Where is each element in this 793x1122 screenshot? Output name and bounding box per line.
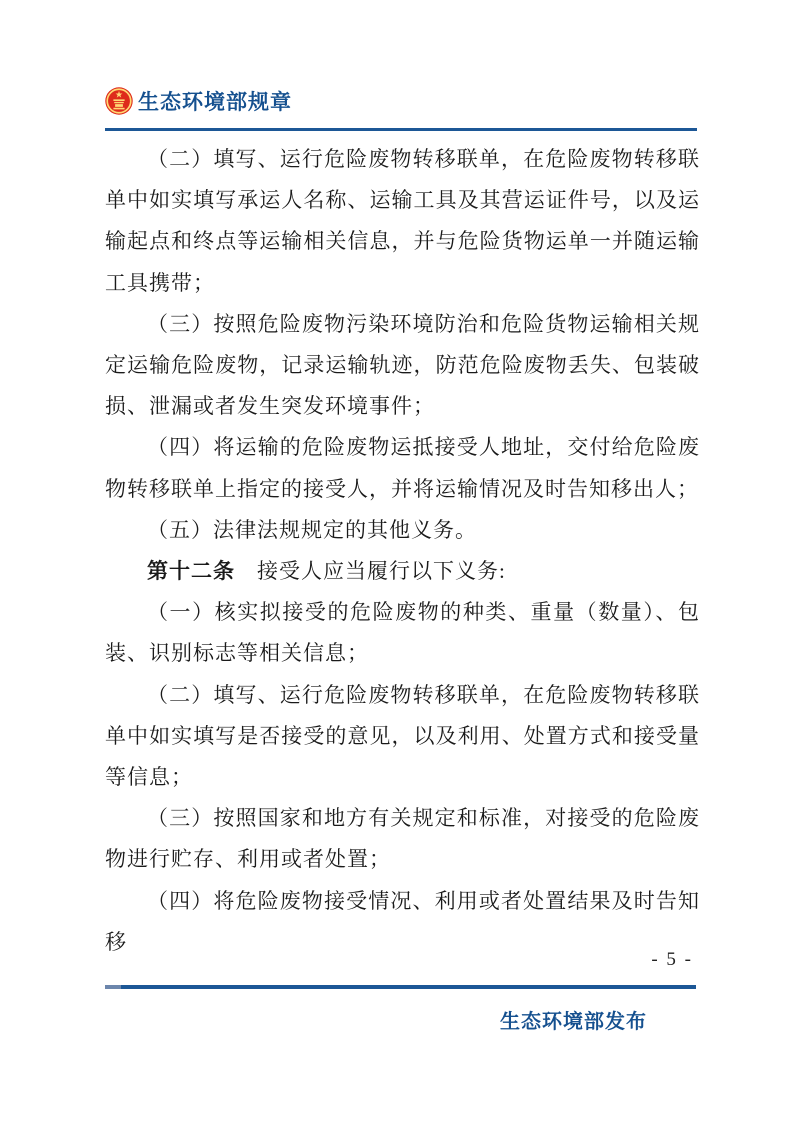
paragraph: （二）填写、运行危险废物转移联单，在危险废物转移联单中如实填写是否接受的意见，以… (105, 675, 700, 799)
paragraph-text: （二）填写、运行危险废物转移联单，在危险废物转移联单中如实填写承运人名称、运输工… (105, 147, 700, 295)
article-number-bold: 第十二条 (147, 560, 235, 583)
national-emblem-icon (105, 87, 133, 115)
paragraph-text: （四）将危险废物接受情况、利用或者处置结果及时告知移 (105, 889, 700, 954)
paragraph-text: （三）按照危险废物污染环境防治和危险货物运输相关规定运输危险废物，记录运输轨迹，… (105, 312, 700, 418)
paragraph: （二）填写、运行危险废物转移联单，在危险废物转移联单中如实填写承运人名称、运输工… (105, 139, 700, 304)
paragraph: （三）按照国家和地方有关规定和标准，对接受的危险废物进行贮存、利用或者处置； (105, 798, 700, 880)
paragraph-text: （五）法律法规规定的其他义务。 (147, 518, 477, 542)
footer-rule-tip (105, 985, 121, 989)
document-page: 生态环境部规章 （二）填写、运行危险废物转移联单，在危险废物转移联单中如实填写承… (0, 0, 793, 1122)
footer-rule (105, 985, 696, 989)
document-body: （二）填写、运行危险废物转移联单，在危险废物转移联单中如实填写承运人名称、运输工… (105, 139, 700, 963)
paragraph-text: （三）按照国家和地方有关规定和标准，对接受的危险废物进行贮存、利用或者处置； (105, 806, 700, 871)
paragraph-text: （二）填写、运行危险废物转移联单，在危险废物转移联单中如实填写是否接受的意见，以… (105, 683, 700, 789)
paragraph: （三）按照危险废物污染环境防治和危险货物运输相关规定运输危险废物，记录运输轨迹，… (105, 304, 700, 428)
paragraph-text: 接受人应当履行以下义务: (235, 559, 506, 583)
paragraph-text: （一）核实拟接受的危险废物的种类、重量（数量）、包装、识别标志等相关信息； (105, 600, 700, 665)
page-title: 生态环境部规章 (138, 86, 292, 116)
paragraph-article-12: 第十二条 接受人应当履行以下义务: (105, 551, 700, 592)
publisher-label: 生态环境部发布 (500, 1005, 647, 1034)
paragraph: （一）核实拟接受的危险废物的种类、重量（数量）、包装、识别标志等相关信息； (105, 592, 700, 674)
header-rule (105, 128, 697, 131)
paragraph-text: （四）将运输的危险废物运抵接受人地址，交付给危险废物转移联单上指定的接受人，并将… (105, 435, 700, 500)
paragraph: （四）将运输的危险废物运抵接受人地址，交付给危险废物转移联单上指定的接受人，并将… (105, 427, 700, 509)
page-number: - 5 - (651, 949, 693, 971)
page-header: 生态环境部规章 (105, 86, 292, 116)
paragraph: （五）法律法规规定的其他义务。 (105, 510, 700, 551)
paragraph: （四）将危险废物接受情况、利用或者处置结果及时告知移 (105, 881, 700, 963)
